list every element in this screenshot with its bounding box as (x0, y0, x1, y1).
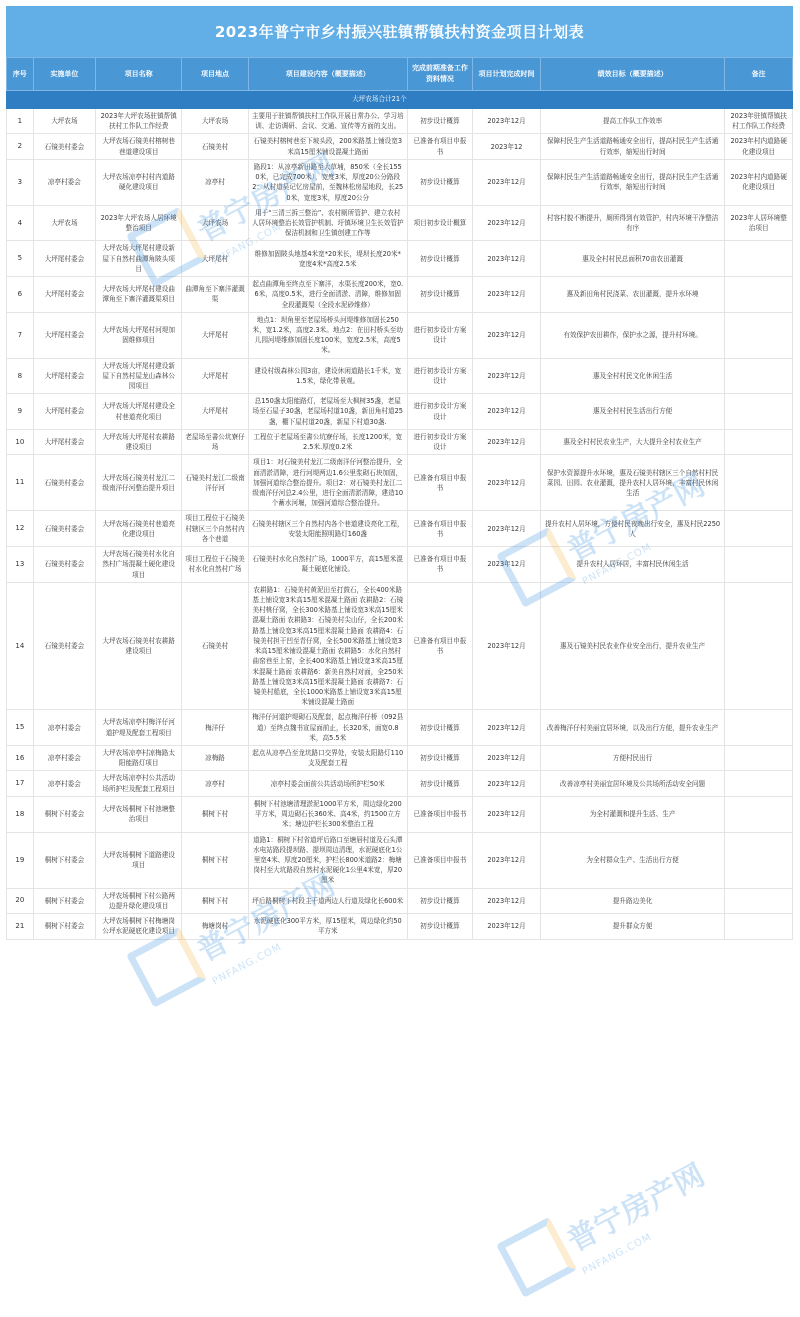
cell-prep: 初步设计概算 (407, 771, 473, 796)
cell-seq: 5 (7, 241, 34, 277)
cell-note (725, 394, 793, 430)
cell-seq: 20 (7, 888, 34, 913)
cell-name: 大坪农场桐树下村公路两边提升绿化建设项目 (96, 888, 182, 913)
cell-place: 梅塘岗村 (182, 914, 249, 939)
header-goal: 绩效目标（概要描述） (540, 58, 724, 91)
cell-goal: 提升路边美化 (540, 888, 724, 913)
cell-seq: 21 (7, 914, 34, 939)
cell-note (725, 429, 793, 454)
cell-unit: 凉亭村委会 (33, 771, 96, 796)
group-label: 大坪农场合计21个 (33, 91, 407, 109)
cell-name: 大坪农场大坪尾村农耕路建设项目 (96, 429, 182, 454)
cell-time: 2023年12月 (473, 312, 541, 358)
cell-seq: 13 (7, 547, 34, 583)
cell-prep: 进行初步设计方案设计 (407, 394, 473, 430)
cell-place: 大坪尾村 (182, 241, 249, 277)
cell-time: 2023年12月 (473, 746, 541, 771)
cell-unit: 石镜美村委会 (33, 547, 96, 583)
cell-note (725, 746, 793, 771)
cell-prep: 初步设计概算 (407, 241, 473, 277)
header-row: 序号 实施单位 项目名称 项目地点 项目建设内容（概要描述） 完成前期准备工作资… (7, 58, 793, 91)
table-row: 14石镜美村委会大坪农场石镜美村农耕路建设项目石镜美村农耕路1：石镜美村黄泥田至… (7, 582, 793, 710)
cell-note (725, 277, 793, 313)
cell-prep: 已准备有项目申报书 (407, 547, 473, 583)
cell-name: 大坪农场凉亭村梅洋仔河道护堤及配套工程项目 (96, 710, 182, 746)
cell-note (725, 547, 793, 583)
cell-prep: 初步设计概算 (407, 888, 473, 913)
cell-place: 石镜美村龙江二级南洋仔河 (182, 455, 249, 511)
cell-note (725, 710, 793, 746)
cell-time: 2023年12月 (473, 205, 541, 241)
header-time: 项目计划完成时间 (473, 58, 541, 91)
cell-place: 石镜美村 (182, 134, 249, 159)
cell-time: 2023年12月 (473, 159, 541, 205)
cell-name: 大坪农场桐树下村池塘整治项目 (96, 796, 182, 832)
header-name: 项目名称 (96, 58, 182, 91)
table-row: 3凉亭村委会大坪农场凉亭村村内道路硬化建设项目凉亭村路段1：从凉亭新田路至大草埔… (7, 159, 793, 205)
cell-note (725, 241, 793, 277)
cell-content: 农耕路1：石镜美村黄泥田至打鼓石，全长400米路基上铺设宽3米高15厘米混凝土路… (248, 582, 407, 710)
cell-goal: 惠及全村村民生活出行方便 (540, 394, 724, 430)
cell-time: 2023年12月 (473, 547, 541, 583)
cell-place: 大坪农场 (182, 109, 249, 134)
cell-time: 2023年12月 (473, 710, 541, 746)
cell-place: 大坪尾村 (182, 358, 249, 394)
cell-name: 大坪农场大坪尾村建设曲潭角至下寨洋灌溉渠项目 (96, 277, 182, 313)
cell-unit: 大坪尾村委会 (33, 241, 96, 277)
cell-seq: 19 (7, 832, 34, 888)
cell-unit: 桐树下村委会 (33, 914, 96, 939)
cell-seq: 9 (7, 394, 34, 430)
cell-name: 大坪农场大坪尾村建设全村巷道亮化项目 (96, 394, 182, 430)
table-row: 20桐树下村委会大坪农场桐树下村公路两边提升绿化建设项目桐树下村坪后路桐树下村段… (7, 888, 793, 913)
cell-goal: 惠及全村村民农业生产，大大提升全村农业生产 (540, 429, 724, 454)
cell-goal: 提升农村人居环居，丰富村民休闲生活 (540, 547, 724, 583)
table-row: 10大坪尾村委会大坪农场大坪尾村农耕路建设项目老屋场至書公坑寮仔场工程位于老屋场… (7, 429, 793, 454)
cell-time: 2023年12月 (473, 832, 541, 888)
table-title: 2023年普宁市乡村振兴驻镇帮镇扶村资金项目计划表 (6, 6, 793, 57)
cell-place: 项目工程位于石镜美村辖区三个自然村内各个巷道 (182, 511, 249, 547)
cell-prep: 已准备有项目申报书 (407, 511, 473, 547)
cell-seq: 12 (7, 511, 34, 547)
cell-goal: 保障村民生产生活道路畅通安全出行，提高村民生产生活通行效率，缩短出行时间 (540, 159, 724, 205)
table-row: 18桐树下村委会大坪农场桐树下村池塘整治项目桐树下村桐树下村池塘清理淤泥1000… (7, 796, 793, 832)
group-row: 大坪农场合计21个 (7, 91, 793, 109)
cell-unit: 石镜美村委会 (33, 455, 96, 511)
cell-prep: 进行初步设计方案设计 (407, 429, 473, 454)
cell-unit: 凉亭村委会 (33, 710, 96, 746)
plan-table-sheet: 2023年普宁市乡村振兴驻镇帮镇扶村资金项目计划表 序号 实施单位 项目名称 项… (6, 6, 793, 940)
table-row: 15凉亭村委会大坪农场凉亭村梅洋仔河道护堤及配套工程项目梅洋仔梅洋仔河道护堤砌石… (7, 710, 793, 746)
cell-place: 大坪尾村 (182, 312, 249, 358)
cell-name: 大坪农场石镜美村龙江二级南洋仔河整治提升项目 (96, 455, 182, 511)
cell-prep: 初步设计概算 (407, 710, 473, 746)
cell-note (725, 511, 793, 547)
cell-place: 梅洋仔 (182, 710, 249, 746)
cell-goal: 提升群众方便 (540, 914, 724, 939)
cell-content: 石镜美村水化自然村广场，1000平方，高15厘米混凝土硬底化铺设。 (248, 547, 407, 583)
cell-time: 2023年12 (473, 134, 541, 159)
cell-goal: 方便村民出行 (540, 746, 724, 771)
cell-prep: 初步设计概算 (407, 109, 473, 134)
cell-name: 大坪农场大坪尾村建设新屋下自然村曲潭角陂头项目 (96, 241, 182, 277)
table-row: 21桐树下村委会大坪农场桐树下村梅塘岗公坪水泥硬底化建设项目梅塘岗村水泥硬底化3… (7, 914, 793, 939)
cell-seq: 4 (7, 205, 34, 241)
cell-prep: 已准备有项目申报书 (407, 134, 473, 159)
cell-note: 2023年村内道路硬化建设项目 (725, 134, 793, 159)
cell-unit: 石镜美村委会 (33, 582, 96, 710)
cell-seq: 1 (7, 109, 34, 134)
cell-seq: 18 (7, 796, 34, 832)
cell-goal: 村容村貌不断提升，厕所得到有效管护，村内环境干净整洁有序 (540, 205, 724, 241)
cell-time: 2023年12月 (473, 394, 541, 430)
cell-goal: 为全村灌溉和提升生活、生产 (540, 796, 724, 832)
cell-seq: 3 (7, 159, 34, 205)
cell-prep: 项目初步设计概算 (407, 205, 473, 241)
cell-content: 工程位于老屋场至書公坑寮仔场，长度1200米，宽2.5米.厚度0.2米 (248, 429, 407, 454)
table-row: 8大坪尾村委会大坪农场大坪尾村建设新屋下自然村屋龙山森林公园项目大坪尾村建设村级… (7, 358, 793, 394)
cell-name: 大坪农场石镜美村巷道亮化建设项目 (96, 511, 182, 547)
cell-content: 项目1：对石镜美村龙江二级南洋仔河整治提升，全面清淤清障，进行河堤两边1.6公里… (248, 455, 407, 511)
table-row: 12石镜美村委会大坪农场石镜美村巷道亮化建设项目项目工程位于石镜美村辖区三个自然… (7, 511, 793, 547)
cell-note (725, 888, 793, 913)
table-row: 19桐树下村委会大坪农场桐树下道路建设项目桐树下村道路1：桐树下村省道坪后路口至… (7, 832, 793, 888)
cell-time: 2023年12月 (473, 582, 541, 710)
cell-goal: 惠及石镜美村民农业作业安全出行，提升农业生产 (540, 582, 724, 710)
table-row: 6大坪尾村委会大坪农场大坪尾村建设曲潭角至下寨洋灌溉渠项目曲潭角至下寨洋灌溉渠起… (7, 277, 793, 313)
cell-seq: 10 (7, 429, 34, 454)
cell-prep: 已准备有项目申报书 (407, 582, 473, 710)
cell-prep: 已准备项目申报书 (407, 832, 473, 888)
table-row: 17凉亭村委会大坪农场凉亭村公共活动场所护栏及配套工程项目凉亭村凉亭村委会面前公… (7, 771, 793, 796)
cell-unit: 大坪农场 (33, 109, 96, 134)
cell-unit: 大坪尾村委会 (33, 312, 96, 358)
cell-unit: 大坪尾村委会 (33, 429, 96, 454)
table-row: 1大坪农场2023年大坪农场驻镇帮镇扶村工作队工作经费大坪农场主要用于驻镇帮镇扶… (7, 109, 793, 134)
cell-content: 水泥硬底化300平方米，厚15厘米，周边绿化约50平方米 (248, 914, 407, 939)
cell-time: 2023年12月 (473, 888, 541, 913)
cell-note (725, 582, 793, 710)
cell-content: 用于“三清三拆三整治”、农村厕所管护、建立农村人居环境整治长效管护机制、圩镇环境… (248, 205, 407, 241)
header-unit: 实施单位 (33, 58, 96, 91)
cell-seq: 17 (7, 771, 34, 796)
cell-place: 桐树下村 (182, 796, 249, 832)
cell-unit: 凉亭村委会 (33, 159, 96, 205)
table-row: 9大坪尾村委会大坪农场大坪尾村建设全村巷道亮化项目大坪尾村总150盏太阳能路灯，… (7, 394, 793, 430)
project-plan-table: 序号 实施单位 项目名称 项目地点 项目建设内容（概要描述） 完成前期准备工作资… (6, 57, 793, 940)
cell-content: 总150盏太阳能路灯，老屋场至大枫树35盏，老屋场至石屋子30盏，老屋场村道10… (248, 394, 407, 430)
cell-goal: 惠及新田角村民浇菜、农田灌溉，提升水环境 (540, 277, 724, 313)
cell-time: 2023年12月 (473, 241, 541, 277)
cell-goal: 改善梅洋仔村美丽宜居环境，以及出行方便，提升农业生产 (540, 710, 724, 746)
cell-prep: 初步设计概算 (407, 277, 473, 313)
cell-note (725, 771, 793, 796)
cell-time: 2023年12月 (473, 109, 541, 134)
cell-place: 曲潭角至下寨洋灌溉渠 (182, 277, 249, 313)
cell-prep: 进行初步设计方案设计 (407, 358, 473, 394)
cell-goal: 保护水资源提升水环境，惠及石镜美村辖区三个自然村村民菜园、田园、农业灌溉，提升农… (540, 455, 724, 511)
cell-unit: 大坪尾村委会 (33, 277, 96, 313)
cell-name: 大坪农场石镜美村农耕路建设项目 (96, 582, 182, 710)
cell-place: 桐树下村 (182, 888, 249, 913)
cell-name: 2023年大坪农场人居环境整治项目 (96, 205, 182, 241)
cell-place: 凉亭村 (182, 771, 249, 796)
cell-seq: 6 (7, 277, 34, 313)
cell-name: 大坪农场石镜美村水化自然村广场混凝土硬化建设项目 (96, 547, 182, 583)
cell-unit: 桐树下村委会 (33, 888, 96, 913)
cell-unit: 大坪尾村委会 (33, 394, 96, 430)
header-content: 项目建设内容（概要描述） (248, 58, 407, 91)
cell-note (725, 455, 793, 511)
cell-content: 石镜美村榕树巷至下坡头段，200米路基上铺设宽3米高15厘米铺设混凝土路面 (248, 134, 407, 159)
cell-content: 起点从凉亭凸至龙坑路口交界处，安装太阳路灯110支及配套工程 (248, 746, 407, 771)
cell-content: 地点1：坝角里至老屋场桥头河堤维修加固长250米，宽1.2米，高度2.3米。地点… (248, 312, 407, 358)
cell-goal: 改善凉亭村美丽宜居环境及公共场所活动安全问题 (540, 771, 724, 796)
cell-place: 大坪农场 (182, 205, 249, 241)
cell-unit: 大坪农场 (33, 205, 96, 241)
cell-time: 2023年12月 (473, 429, 541, 454)
cell-content: 主要用于驻镇帮镇扶村工作队开展日常办公、学习培训、走访调研、会议、交通、宣传等方… (248, 109, 407, 134)
cell-name: 大坪农场桐树下村梅塘岗公坪水泥硬底化建设项目 (96, 914, 182, 939)
cell-content: 坪后路桐树下村段主干道两边人行道及绿化长600米 (248, 888, 407, 913)
cell-unit: 桐树下村委会 (33, 832, 96, 888)
table-row: 2石镜美村委会大坪农场石镜美村榕树巷巷道建设项目石镜美村石镜美村榕树巷至下坡头段… (7, 134, 793, 159)
cell-prep: 已准备有项目申报书 (407, 455, 473, 511)
cell-unit: 石镜美村委会 (33, 134, 96, 159)
cell-content: 道路1：桐树下村省道坪后路口至塘唇村道及石头潭水电站路段提坝路、提坝周边清理，水… (248, 832, 407, 888)
cell-seq: 7 (7, 312, 34, 358)
cell-name: 大坪农场大坪尾村河堤加固维修项目 (96, 312, 182, 358)
cell-note (725, 832, 793, 888)
cell-content: 起点曲潭角至终点至下寨洋，水渠长度200米，宽0.6米，高度0.5米，进行全面清… (248, 277, 407, 313)
cell-note (725, 914, 793, 939)
cell-unit: 凉亭村委会 (33, 746, 96, 771)
cell-goal: 保障村民生产生活道路畅通安全出行，提高村民生产生活通行效率，缩短出行时间 (540, 134, 724, 159)
header-seq: 序号 (7, 58, 34, 91)
cell-note: 2023年人居环境整治项目 (725, 205, 793, 241)
table-row: 5大坪尾村委会大坪农场大坪尾村建设新屋下自然村曲潭角陂头项目大坪尾村维修加固陂头… (7, 241, 793, 277)
cell-content: 凉亭村委会面前公共活动场所护栏50米 (248, 771, 407, 796)
table-row: 13石镜美村委会大坪农场石镜美村水化自然村广场混凝土硬化建设项目项目工程位于石镜… (7, 547, 793, 583)
cell-prep: 进行初步设计方案设计 (407, 312, 473, 358)
cell-prep: 已准备项目申报书 (407, 796, 473, 832)
cell-place: 石镜美村 (182, 582, 249, 710)
cell-goal: 有效保护农田耕作，保护水之源，提升村环境。 (540, 312, 724, 358)
cell-place: 桐树下村 (182, 832, 249, 888)
header-prep: 完成前期准备工作资料情况 (407, 58, 473, 91)
header-place: 项目地点 (182, 58, 249, 91)
cell-place: 老屋场至書公坑寮仔场 (182, 429, 249, 454)
cell-time: 2023年12月 (473, 914, 541, 939)
cell-time: 2023年12月 (473, 455, 541, 511)
cell-seq: 15 (7, 710, 34, 746)
cell-seq: 16 (7, 746, 34, 771)
cell-time: 2023年12月 (473, 796, 541, 832)
watermark: 普宁房产网 PNFANG.COM (496, 1143, 720, 1307)
cell-prep: 初步设计概算 (407, 914, 473, 939)
cell-time: 2023年12月 (473, 277, 541, 313)
cell-name: 大坪农场石镜美村榕树巷巷道建设项目 (96, 134, 182, 159)
cell-name: 大坪农场凉亭村公共活动场所护栏及配套工程项目 (96, 771, 182, 796)
table-row: 11石镜美村委会大坪农场石镜美村龙江二级南洋仔河整治提升项目石镜美村龙江二级南洋… (7, 455, 793, 511)
cell-time: 2023年12月 (473, 358, 541, 394)
cell-note (725, 358, 793, 394)
table-row: 4大坪农场2023年大坪农场人居环境整治项目大坪农场用于“三清三拆三整治”、农村… (7, 205, 793, 241)
cell-content: 路段1：从凉亭新田路至大草埔，850米（全长1550米，已完成700米），宽度3… (248, 159, 407, 205)
cell-content: 梅洋仔河道护堤砌石及配套，起点梅洋仔桥（092县道）至终点魏书宣屋面前止，长32… (248, 710, 407, 746)
cell-time: 2023年12月 (473, 771, 541, 796)
cell-place: 大坪尾村 (182, 394, 249, 430)
cell-note: 2023年驻镇帮镇扶村工作队工作经费 (725, 109, 793, 134)
cell-prep: 初步设计概算 (407, 746, 473, 771)
cell-content: 桐树下村池塘清理淤泥1000平方米，周边绿化200平方米，周边砌石长360米、高… (248, 796, 407, 832)
cell-name: 大坪农场桐树下道路建设项目 (96, 832, 182, 888)
cell-note (725, 796, 793, 832)
cell-note: 2023年村内道路硬化建设项目 (725, 159, 793, 205)
cell-seq: 14 (7, 582, 34, 710)
cell-seq: 2 (7, 134, 34, 159)
cell-content: 石镜美村辖区三个自然村内各个巷道建设亮化工程，安装太阳能照明路灯160盏 (248, 511, 407, 547)
cell-prep: 初步设计概算 (407, 159, 473, 205)
cell-goal: 提高工作队工作效率 (540, 109, 724, 134)
cell-unit: 大坪尾村委会 (33, 358, 96, 394)
cell-place: 凉亭村 (182, 159, 249, 205)
cell-time: 2023年12月 (473, 511, 541, 547)
cell-goal: 为全村群众生产、生活出行方便 (540, 832, 724, 888)
watermark-logo-icon (496, 1217, 577, 1298)
cell-name: 大坪农场凉亭村村内道路硬化建设项目 (96, 159, 182, 205)
header-note: 备注 (725, 58, 793, 91)
cell-goal: 惠及全村村民总面积70亩农田灌溉 (540, 241, 724, 277)
cell-content: 维修加固陂头地基4米宽*20米长，堤坝长度20米*宽度4米*高度2.5米 (248, 241, 407, 277)
table-row: 7大坪尾村委会大坪农场大坪尾村河堤加固维修项目大坪尾村地点1：坝角里至老屋场桥头… (7, 312, 793, 358)
cell-unit: 石镜美村委会 (33, 511, 96, 547)
cell-name: 大坪农场大坪尾村建设新屋下自然村屋龙山森林公园项目 (96, 358, 182, 394)
cell-seq: 11 (7, 455, 34, 511)
cell-note (725, 312, 793, 358)
cell-name: 大坪农场凉亭村凉梅路太阳能路灯项目 (96, 746, 182, 771)
cell-goal: 惠及全村村民文化休闲生活 (540, 358, 724, 394)
cell-seq: 8 (7, 358, 34, 394)
cell-place: 项目工程位于石镜美村水化自然村广场 (182, 547, 249, 583)
table-row: 16凉亭村委会大坪农场凉亭村凉梅路太阳能路灯项目凉梅路起点从凉亭凸至龙坑路口交界… (7, 746, 793, 771)
cell-content: 建设村级森林公园3亩，建设休闲道路长1千米，宽1.5米，绿化带景观。 (248, 358, 407, 394)
cell-place: 凉梅路 (182, 746, 249, 771)
cell-name: 2023年大坪农场驻镇帮镇扶村工作队工作经费 (96, 109, 182, 134)
cell-goal: 提升农村人居环境，方便村民夜晚出行安全，惠及村民2250人 (540, 511, 724, 547)
cell-unit: 桐树下村委会 (33, 796, 96, 832)
